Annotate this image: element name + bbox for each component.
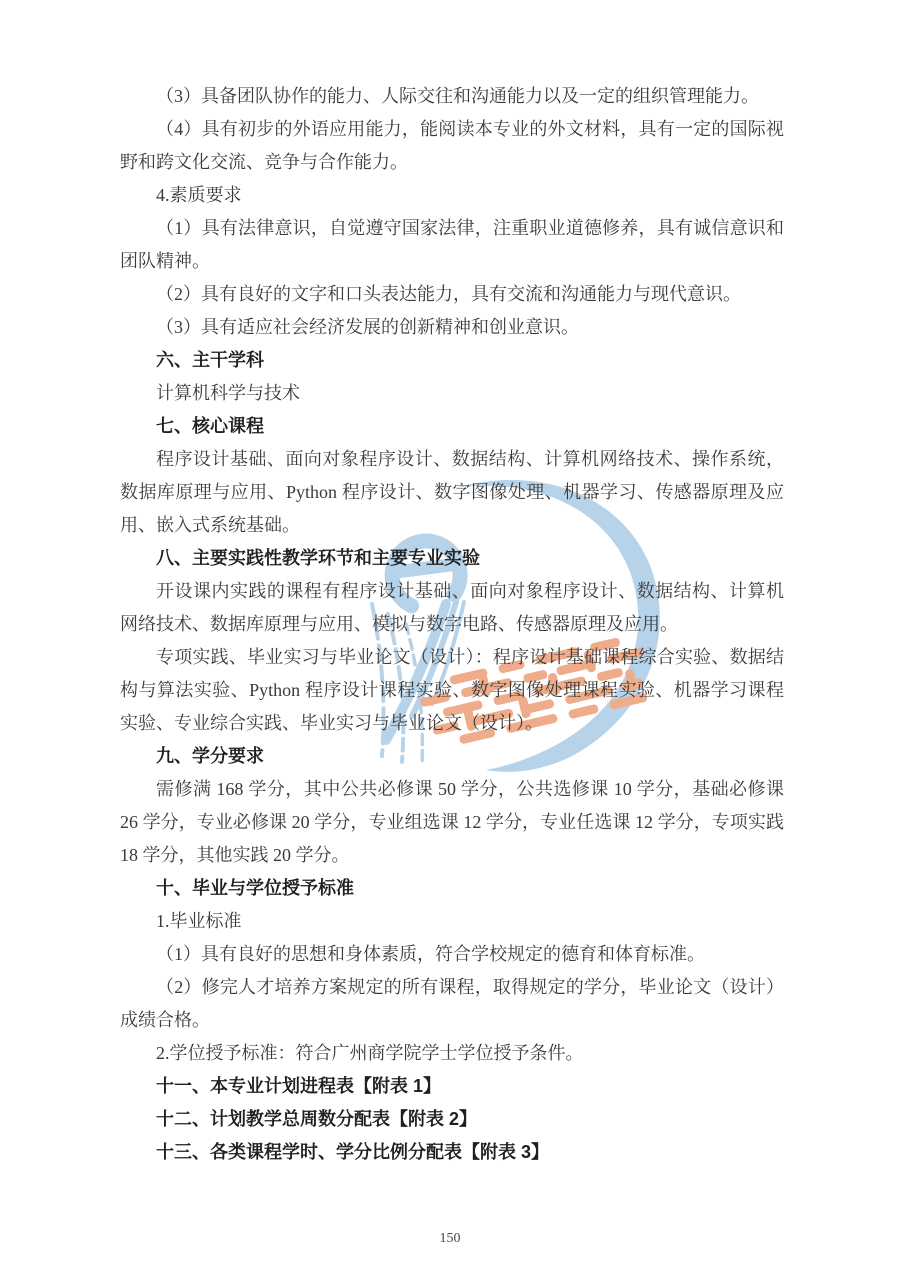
- body-paragraph: （3）具备团队协作的能力、人际交往和沟通能力以及一定的组织管理能力。: [120, 80, 784, 113]
- section-heading: 十二、计划教学总周数分配表【附表 2】: [120, 1103, 784, 1136]
- body-paragraph: 开设课内实践的课程有程序设计基础、面向对象程序设计、数据结构、计算机网络技术、数…: [120, 575, 784, 641]
- section-heading: 九、学分要求: [120, 740, 784, 773]
- body-paragraph: 计算机科学与技术: [120, 377, 784, 410]
- body-paragraph: （1）具有良好的思想和身体素质，符合学校规定的德育和体育标准。: [120, 938, 784, 971]
- body-paragraph: （2）具有良好的文字和口头表达能力，具有交流和沟通能力与现代意识。: [120, 278, 784, 311]
- body-paragraph: 程序设计基础、面向对象程序设计、数据结构、计算机网络技术、操作系统，数据库原理与…: [120, 443, 784, 542]
- section-heading: 六、主干学科: [120, 344, 784, 377]
- page-number: 150: [0, 1230, 900, 1248]
- body-paragraph: 2.学位授予标准：符合广州商学院学士学位授予条件。: [120, 1037, 784, 1070]
- body-paragraph: （3）具有适应社会经济发展的创新精神和创业意识。: [120, 311, 784, 344]
- document-body: （3）具备团队协作的能力、人际交往和沟通能力以及一定的组织管理能力。（4）具有初…: [120, 80, 784, 1169]
- body-paragraph: 4.素质要求: [120, 179, 784, 212]
- body-paragraph: （1）具有法律意识，自觉遵守国家法律，注重职业道德修养，具有诚信意识和团队精神。: [120, 212, 784, 278]
- body-paragraph: （4）具有初步的外语应用能力，能阅读本专业的外文材料，具有一定的国际视野和跨文化…: [120, 113, 784, 179]
- section-heading: 七、核心课程: [120, 410, 784, 443]
- document-page: （3）具备团队协作的能力、人际交往和沟通能力以及一定的组织管理能力。（4）具有初…: [0, 0, 900, 1272]
- section-heading: 十三、各类课程学时、学分比例分配表【附表 3】: [120, 1136, 784, 1169]
- body-paragraph: （2）修完人才培养方案规定的所有课程，取得规定的学分，毕业论文（设计）成绩合格。: [120, 971, 784, 1037]
- body-paragraph: 1.毕业标准: [120, 905, 784, 938]
- body-paragraph: 需修满 168 学分，其中公共必修课 50 学分，公共选修课 10 学分，基础必…: [120, 773, 784, 872]
- section-heading: 十一、本专业计划进程表【附表 1】: [120, 1070, 784, 1103]
- section-heading: 八、主要实践性教学环节和主要专业实验: [120, 542, 784, 575]
- section-heading: 十、毕业与学位授予标准: [120, 872, 784, 905]
- body-paragraph: 专项实践、毕业实习与毕业论文（设计）：程序设计基础课程综合实验、数据结构与算法实…: [120, 641, 784, 740]
